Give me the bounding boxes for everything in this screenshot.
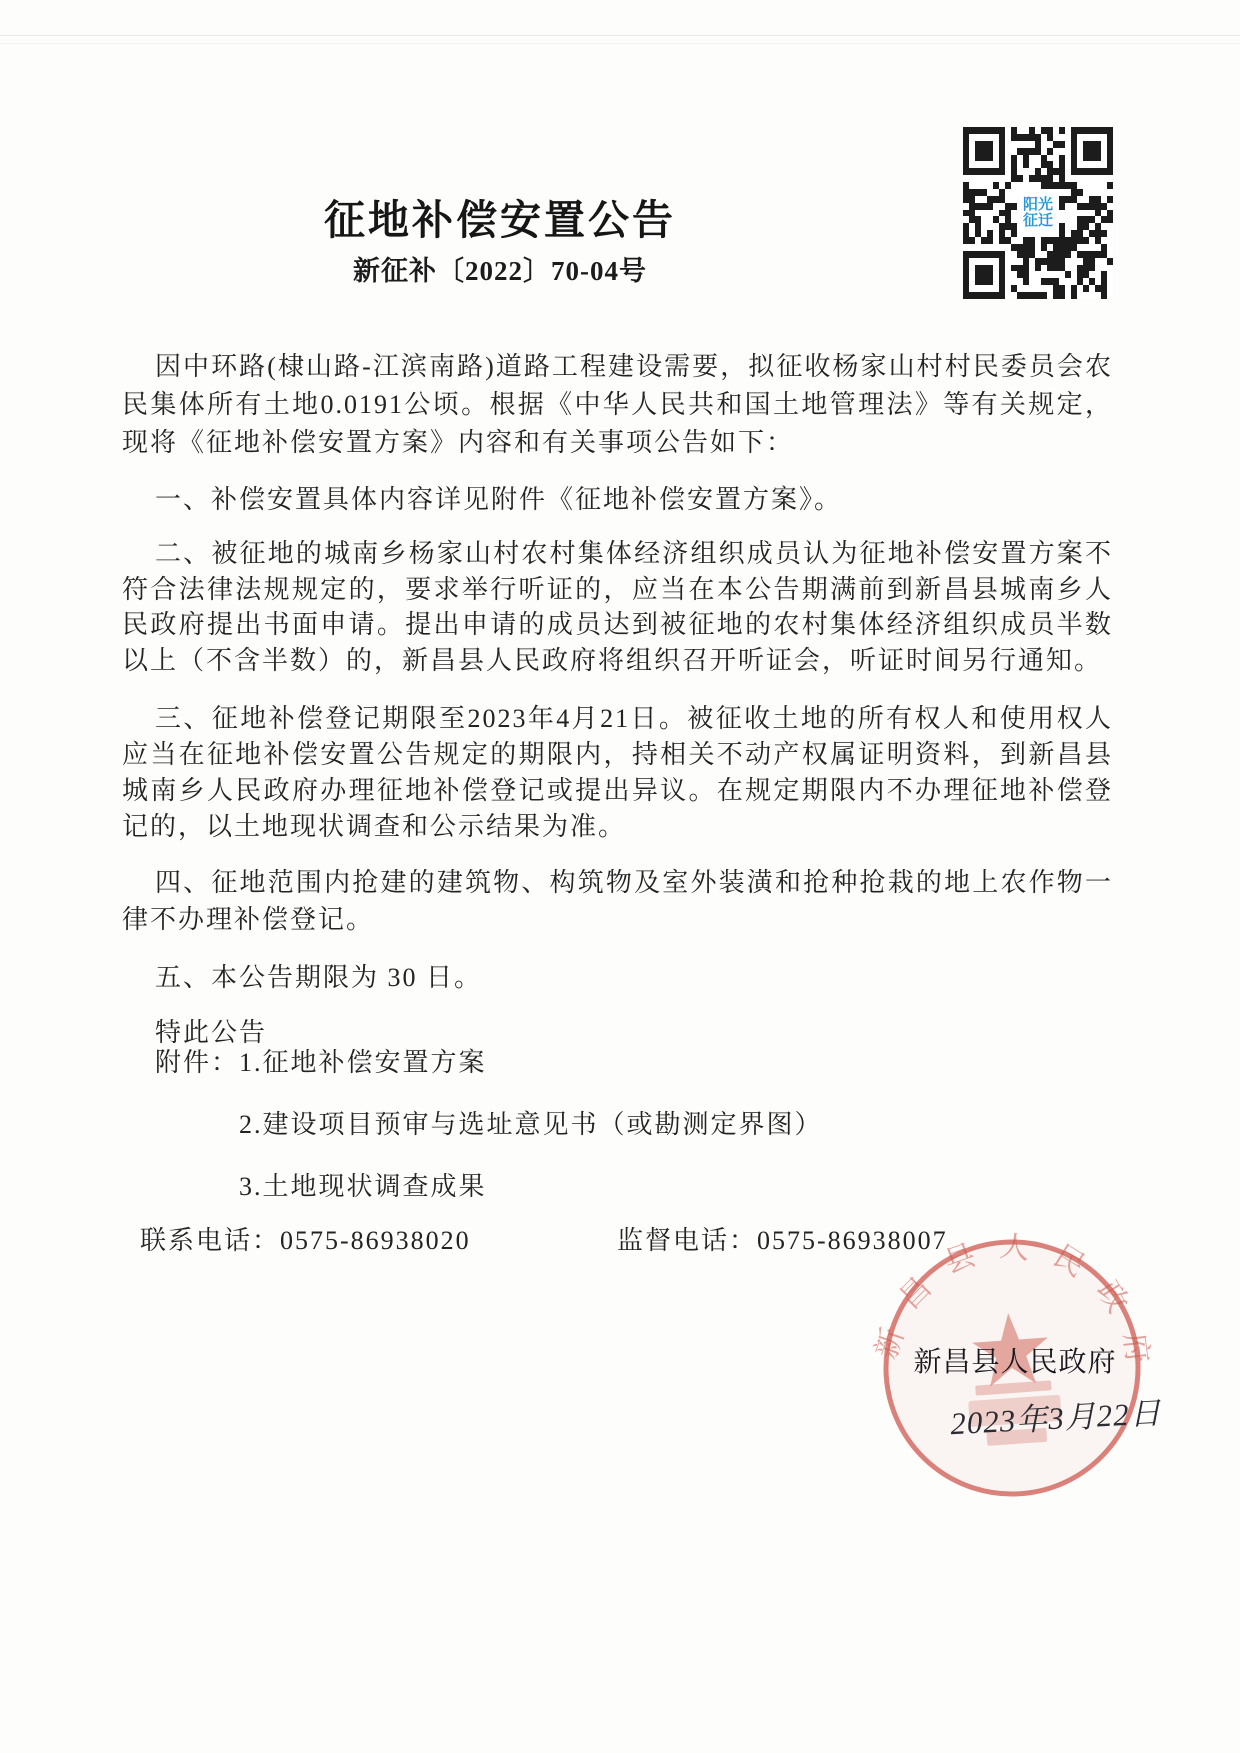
issuer-name: 新昌县人民政府: [905, 1340, 1125, 1380]
section-2-paragraph: 二、被征地的城南乡杨家山村农村集体经济组织成员认为征地补偿安置方案不符合法律法规…: [122, 536, 1113, 678]
scan-artifact-line: [0, 43, 1240, 44]
supervise-phone-label: 监督电话：: [617, 1226, 757, 1255]
attachment-item: 1.征地补偿安置方案: [239, 1044, 823, 1081]
contact-phone-label: 联系电话：: [140, 1226, 280, 1255]
qr-logo-line1: 阳光: [1023, 197, 1053, 213]
page-title: 征地补偿安置公告: [0, 187, 1000, 246]
scan-artifact-line: [0, 35, 1240, 36]
qr-center-logo: 阳光 征迁: [1020, 195, 1056, 231]
attachments-label: 附件：: [155, 1044, 239, 1230]
contact-phone-number: 0575-86938020: [280, 1226, 471, 1255]
scanned-announcement-page: { "header": { "title": "征地补偿安置公告", "doc_…: [0, 0, 1240, 1753]
contact-phone: 联系电话：0575-86938020: [140, 1226, 471, 1255]
document-number: 新征补〔2022〕70-04号: [0, 249, 1000, 288]
attachment-item: 2.建设项目预审与选址意见书（或勘测定界图）: [239, 1106, 823, 1143]
qr-code: 阳光 征迁: [963, 127, 1113, 299]
section-1-paragraph: 一、补偿安置具体内容详见附件《征地补偿安置方案》。: [122, 481, 1113, 519]
section-5-paragraph: 五、本公告期限为 30 日。: [122, 959, 1113, 997]
section-4-paragraph: 四、征地范围内抢建的建筑物、构筑物及室外装潢和抢种抢栽的地上农作物一律不办理补偿…: [122, 864, 1113, 938]
attachments-list: 附件： 1.征地补偿安置方案 2.建设项目预审与选址意见书（或勘测定界图） 3.…: [155, 1044, 823, 1230]
attachment-item: 3.土地现状调查成果: [239, 1168, 823, 1205]
intro-paragraph: 因中环路(棣山路-江滨南路)道路工程建设需要，拟征收杨家山村村民委员会农民集体所…: [122, 348, 1113, 462]
section-3-paragraph: 三、征地补偿登记期限至2023年4月21日。被征收土地的所有权人和使用权人应当在…: [122, 701, 1113, 845]
qr-logo-line2: 征迁: [1023, 213, 1053, 229]
